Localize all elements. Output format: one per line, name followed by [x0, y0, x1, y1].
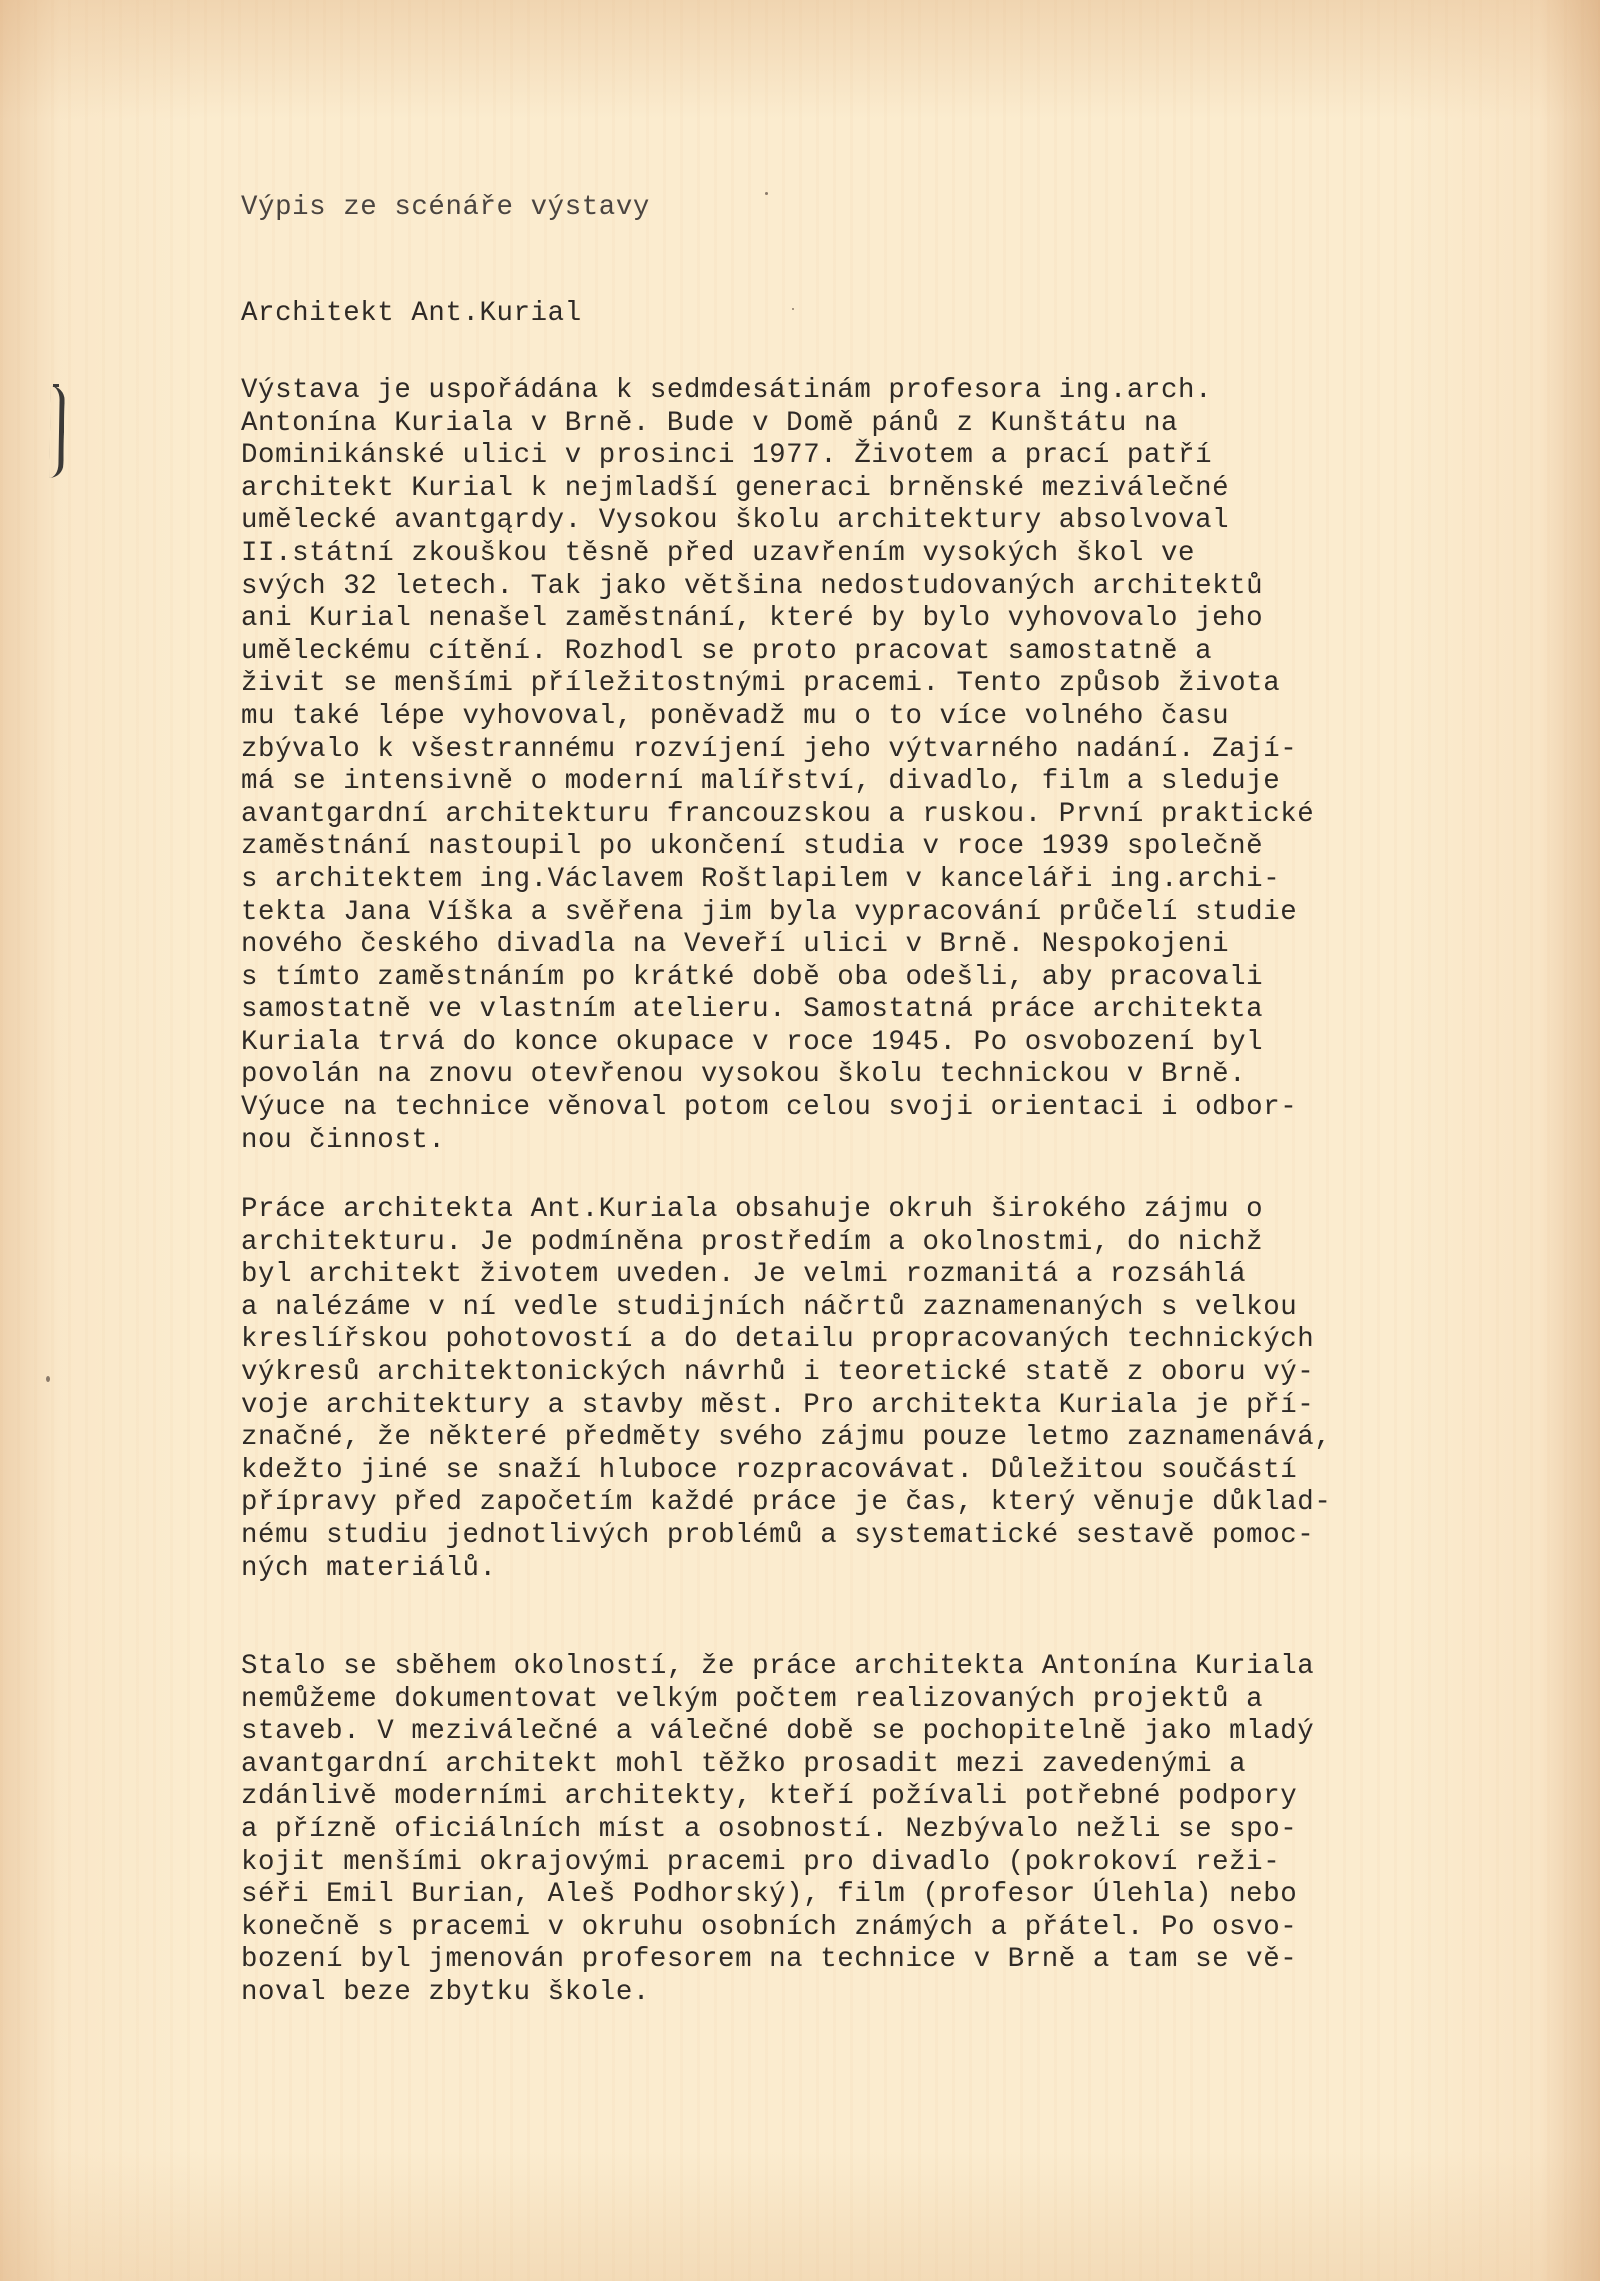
text-line: ani Kurial nenašel zaměstnání, které by …: [241, 603, 1314, 636]
text-line: nového českého divadla na Veveří ulici v…: [241, 929, 1314, 962]
paragraph-biography: Výstava je uspořádána k sedmdesátinám pr…: [241, 375, 1314, 1157]
paragraph-work: Práce architekta Ant.Kuriala obsahuje ok…: [241, 1194, 1331, 1585]
text-line: noval beze zbytku škole.: [241, 1977, 1314, 2010]
text-line: povolán na znovu otevřenou vysokou školu…: [241, 1059, 1314, 1092]
text-line: zdánlivě moderními architekty, kteří pož…: [241, 1781, 1314, 1814]
text-line: a nalézáme v ní vedle studijních náčrtů …: [241, 1292, 1331, 1325]
text-line: séři Emil Burian, Aleš Podhorský), film …: [241, 1879, 1314, 1912]
text-line: kojit menšími okrajovými pracemi pro div…: [241, 1847, 1314, 1880]
text-line: nemůžeme dokumentovat velkým počtem real…: [241, 1684, 1314, 1717]
text-line: Stalo se sběhem okolností, že práce arch…: [241, 1651, 1314, 1684]
text-line: staveb. V meziválečné a válečné době se …: [241, 1716, 1314, 1749]
paper-speck: [765, 192, 768, 195]
text-line: architekt Kurial k nejmladší generaci br…: [241, 473, 1314, 506]
paragraph-circumstances: Stalo se sběhem okolností, že práce arch…: [241, 1651, 1314, 2010]
text-line: konečně s pracemi v okruhu osobních znám…: [241, 1912, 1314, 1945]
text-line: kreslířskou pohotovostí a do detailu pro…: [241, 1324, 1331, 1357]
text-line: byl architekt životem uveden. Je velmi r…: [241, 1259, 1331, 1292]
text-line: tekta Jana Víška a svěřena jim byla vypr…: [241, 897, 1314, 930]
text-line: avantgardní architekt mohl těžko prosadi…: [241, 1749, 1314, 1782]
text-line: živit se menšími příležitostnými pracemi…: [241, 668, 1314, 701]
text-line: s tímto zaměstnáním po krátké době oba o…: [241, 962, 1314, 995]
text-line: kdežto jiné se snaží hluboce rozpracováv…: [241, 1455, 1331, 1488]
text-line: přípravy před započetím každé práce je č…: [241, 1487, 1331, 1520]
text-line: výkresů architektonických návrhů i teore…: [241, 1357, 1331, 1390]
text-line: Výuce na technice věnoval potom celou sv…: [241, 1092, 1314, 1125]
text-line: s architektem ing.Václavem Roštlapilem v…: [241, 864, 1314, 897]
text-line: avantgardní architekturu francouzskou a …: [241, 799, 1314, 832]
text-line: zbývalo k všestrannému rozvíjení jeho vý…: [241, 734, 1314, 767]
text-line: značné, že některé předměty svého zájmu …: [241, 1422, 1331, 1455]
text-line: architekturu. Je podmíněna prostředím a …: [241, 1227, 1331, 1260]
paper-speck: [46, 1376, 50, 1382]
margin-bracket-mark: [49, 386, 65, 478]
text-line: umělecké avantgąrdy. Vysokou školu archi…: [241, 505, 1314, 538]
typewritten-page: Výpis ze scénáře výstavy Architekt Ant.K…: [0, 0, 1600, 2281]
text-line: bození byl jmenován profesorem na techni…: [241, 1944, 1314, 1977]
document-heading: Výpis ze scénáře výstavy: [241, 192, 650, 223]
text-line: a přízně oficiálních míst a osobností. N…: [241, 1814, 1314, 1847]
text-line: samostatně ve vlastním atelieru. Samosta…: [241, 994, 1314, 1027]
text-line: nou činnost.: [241, 1125, 1314, 1158]
paper-speck: [792, 308, 794, 310]
text-line: Antonína Kuriala v Brně. Bude v Domě pán…: [241, 408, 1314, 441]
text-line: zaměstnání nastoupil po ukončení studia …: [241, 831, 1314, 864]
text-line: Kuriala trvá do konce okupace v roce 194…: [241, 1027, 1314, 1060]
text-line: Práce architekta Ant.Kuriala obsahuje ok…: [241, 1194, 1331, 1227]
text-line: svých 32 letech. Tak jako většina nedost…: [241, 571, 1314, 604]
text-line: II.státní zkouškou těsně před uzavřením …: [241, 538, 1314, 571]
document-subtitle: Architekt Ant.Kurial: [241, 298, 582, 329]
text-line: má se intensivně o moderní malířství, di…: [241, 766, 1314, 799]
text-line: uměleckému cítění. Rozhodl se proto prac…: [241, 636, 1314, 669]
text-line: nému studiu jednotlivých problémů a syst…: [241, 1520, 1331, 1553]
text-line: voje architektury a stavby měst. Pro arc…: [241, 1390, 1331, 1423]
text-line: Výstava je uspořádána k sedmdesátinám pr…: [241, 375, 1314, 408]
text-line: Dominikánské ulici v prosinci 1977. Živo…: [241, 440, 1314, 473]
text-line: ných materiálů.: [241, 1553, 1331, 1586]
text-line: mu také lépe vyhovoval, poněvadž mu o to…: [241, 701, 1314, 734]
